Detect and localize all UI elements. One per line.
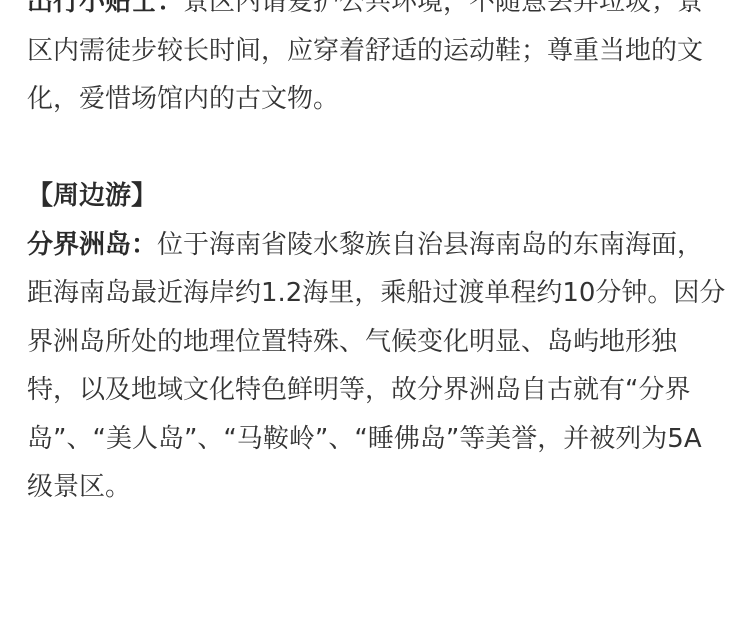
attraction-description: 位于海南省陵水黎族自治县海南岛的东南海面，距海南岛最近海岸约1.2海里，乘船过渡… (27, 230, 725, 503)
attraction-paragraph: 分界洲岛：位于海南省陵水黎族自治县海南岛的东南海面，距海南岛最近海岸约1.2海里… (27, 221, 727, 512)
paragraph-spacer (27, 124, 727, 173)
section-heading: 【周边游】 (27, 172, 727, 221)
travel-tips-text: 景区内请爱护公共环境，不随意丢弃垃圾；景区内需徒步较长时间，应穿着舒适的运动鞋；… (27, 0, 703, 114)
article-content: 出行小贴士：景区内请爱护公共环境，不随意丢弃垃圾；景区内需徒步较长时间，应穿着舒… (27, 0, 727, 512)
attraction-name: 分界洲岛： (27, 230, 157, 260)
travel-tips-paragraph: 出行小贴士：景区内请爱护公共环境，不随意丢弃垃圾；景区内需徒步较长时间，应穿着舒… (27, 0, 727, 124)
travel-tips-label: 出行小贴士： (27, 0, 183, 17)
